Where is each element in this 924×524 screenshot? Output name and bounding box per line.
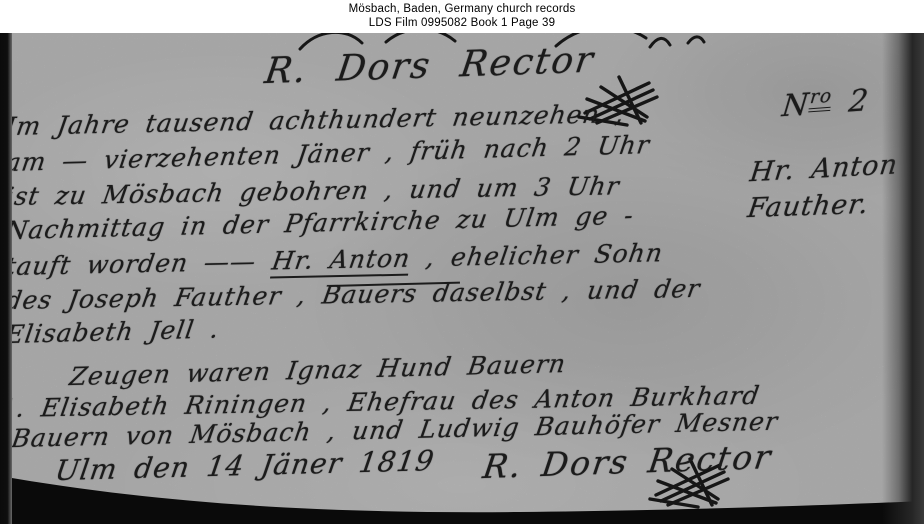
- screenshot-stage: Mösbach, Baden, Germany church records L…: [0, 0, 924, 524]
- scan-left-black-edge: [0, 33, 12, 524]
- document-scan: R. Dors Rector Nro 2 Hr. Anton Fauther. …: [0, 33, 924, 524]
- caption-location-line: Mösbach, Baden, Germany church records: [0, 2, 924, 16]
- scan-right-dark-band: [882, 33, 924, 524]
- baptized-name-underlined: Hr. Anton: [269, 244, 412, 279]
- typed-caption: Mösbach, Baden, Germany church records L…: [0, 2, 924, 30]
- baptism-line-post: , ehelicher Sohn: [408, 238, 665, 272]
- entry-line-7: Elisabeth Jell .: [4, 314, 222, 349]
- record-number-value: 2: [830, 83, 871, 121]
- baptism-line-pre: tauft worden ——: [3, 246, 274, 281]
- margin-name-line2: Fauther.: [746, 189, 871, 224]
- caption-film-line: LDS Film 0995082 Book 1 Page 39: [0, 16, 924, 30]
- record-number-prefix: N: [780, 87, 811, 124]
- margin-record-number: Nro 2: [780, 83, 870, 124]
